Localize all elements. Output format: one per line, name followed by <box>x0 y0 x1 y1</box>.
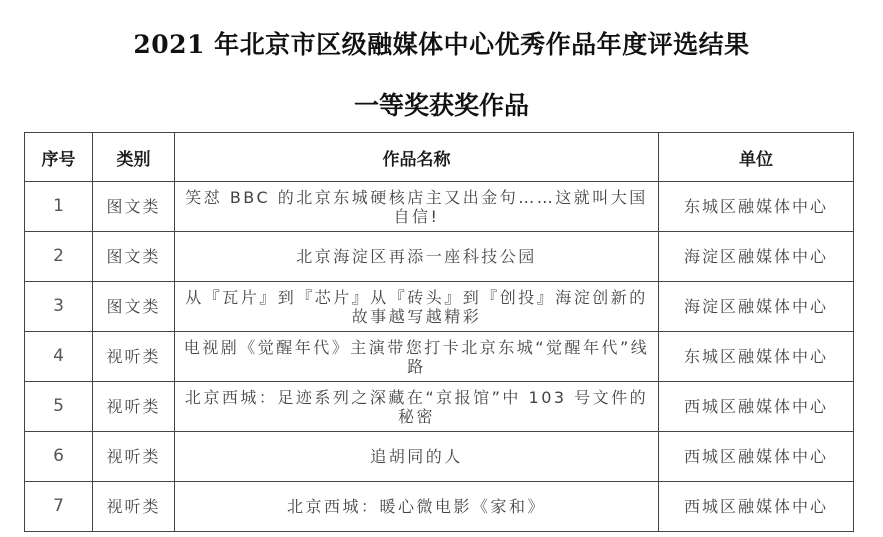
cell-unit: 西城区融媒体中心 <box>659 382 854 432</box>
cell-index: 6 <box>25 432 93 482</box>
cell-category: 视听类 <box>93 332 175 382</box>
cell-unit: 西城区融媒体中心 <box>659 432 854 482</box>
table-row: 2 图文类 北京海淀区再添一座科技公园 海淀区融媒体中心 <box>25 232 854 282</box>
cell-index: 4 <box>25 332 93 382</box>
cell-category: 视听类 <box>93 482 175 532</box>
cell-category: 图文类 <box>93 232 175 282</box>
header-category: 类别 <box>93 133 175 182</box>
cell-work-name: 北京海淀区再添一座科技公园 <box>175 232 659 282</box>
cell-work-name: 北京西城：暖心微电影《家和》 <box>175 482 659 532</box>
cell-work-name: 笑怼 BBC 的北京东城硬核店主又出金句……这就叫大国自信! <box>175 182 659 232</box>
table-row: 1 图文类 笑怼 BBC 的北京东城硬核店主又出金句……这就叫大国自信! 东城区… <box>25 182 854 232</box>
table-row: 6 视听类 追胡同的人 西城区融媒体中心 <box>25 432 854 482</box>
table-row: 7 视听类 北京西城：暖心微电影《家和》 西城区融媒体中心 <box>25 482 854 532</box>
table-row: 3 图文类 从『瓦片』到『芯片』从『砖头』到『创投』海淀创新的故事越写越精彩 海… <box>25 282 854 332</box>
cell-unit: 东城区融媒体中心 <box>659 332 854 382</box>
document-subtitle: 一等奖获奖作品 <box>0 89 883 123</box>
cell-unit: 东城区融媒体中心 <box>659 182 854 232</box>
cell-category: 图文类 <box>93 282 175 332</box>
cell-work-name: 北京西城：足迹系列之深藏在“京报馆”中 103 号文件的秘密 <box>175 382 659 432</box>
header-unit: 单位 <box>659 133 854 182</box>
cell-unit: 西城区融媒体中心 <box>659 482 854 532</box>
document-title: 2021 年北京市区级融媒体中心优秀作品年度评选结果 <box>0 28 883 62</box>
cell-index: 5 <box>25 382 93 432</box>
cell-category: 视听类 <box>93 382 175 432</box>
table-row: 5 视听类 北京西城：足迹系列之深藏在“京报馆”中 103 号文件的秘密 西城区… <box>25 382 854 432</box>
table-header-row: 序号 类别 作品名称 单位 <box>25 133 854 182</box>
cell-work-name: 电视剧《觉醒年代》主演带您打卡北京东城“觉醒年代”线路 <box>175 332 659 382</box>
cell-index: 7 <box>25 482 93 532</box>
cell-work-name: 从『瓦片』到『芯片』从『砖头』到『创投』海淀创新的故事越写越精彩 <box>175 282 659 332</box>
table-row: 4 视听类 电视剧《觉醒年代》主演带您打卡北京东城“觉醒年代”线路 东城区融媒体… <box>25 332 854 382</box>
cell-index: 2 <box>25 232 93 282</box>
cell-unit: 海淀区融媒体中心 <box>659 282 854 332</box>
cell-index: 3 <box>25 282 93 332</box>
cell-category: 视听类 <box>93 432 175 482</box>
cell-index: 1 <box>25 182 93 232</box>
cell-work-name: 追胡同的人 <box>175 432 659 482</box>
header-work-name: 作品名称 <box>175 133 659 182</box>
awards-table: 序号 类别 作品名称 单位 1 图文类 笑怼 BBC 的北京东城硬核店主又出金句… <box>24 132 854 532</box>
header-index: 序号 <box>25 133 93 182</box>
cell-category: 图文类 <box>93 182 175 232</box>
cell-unit: 海淀区融媒体中心 <box>659 232 854 282</box>
